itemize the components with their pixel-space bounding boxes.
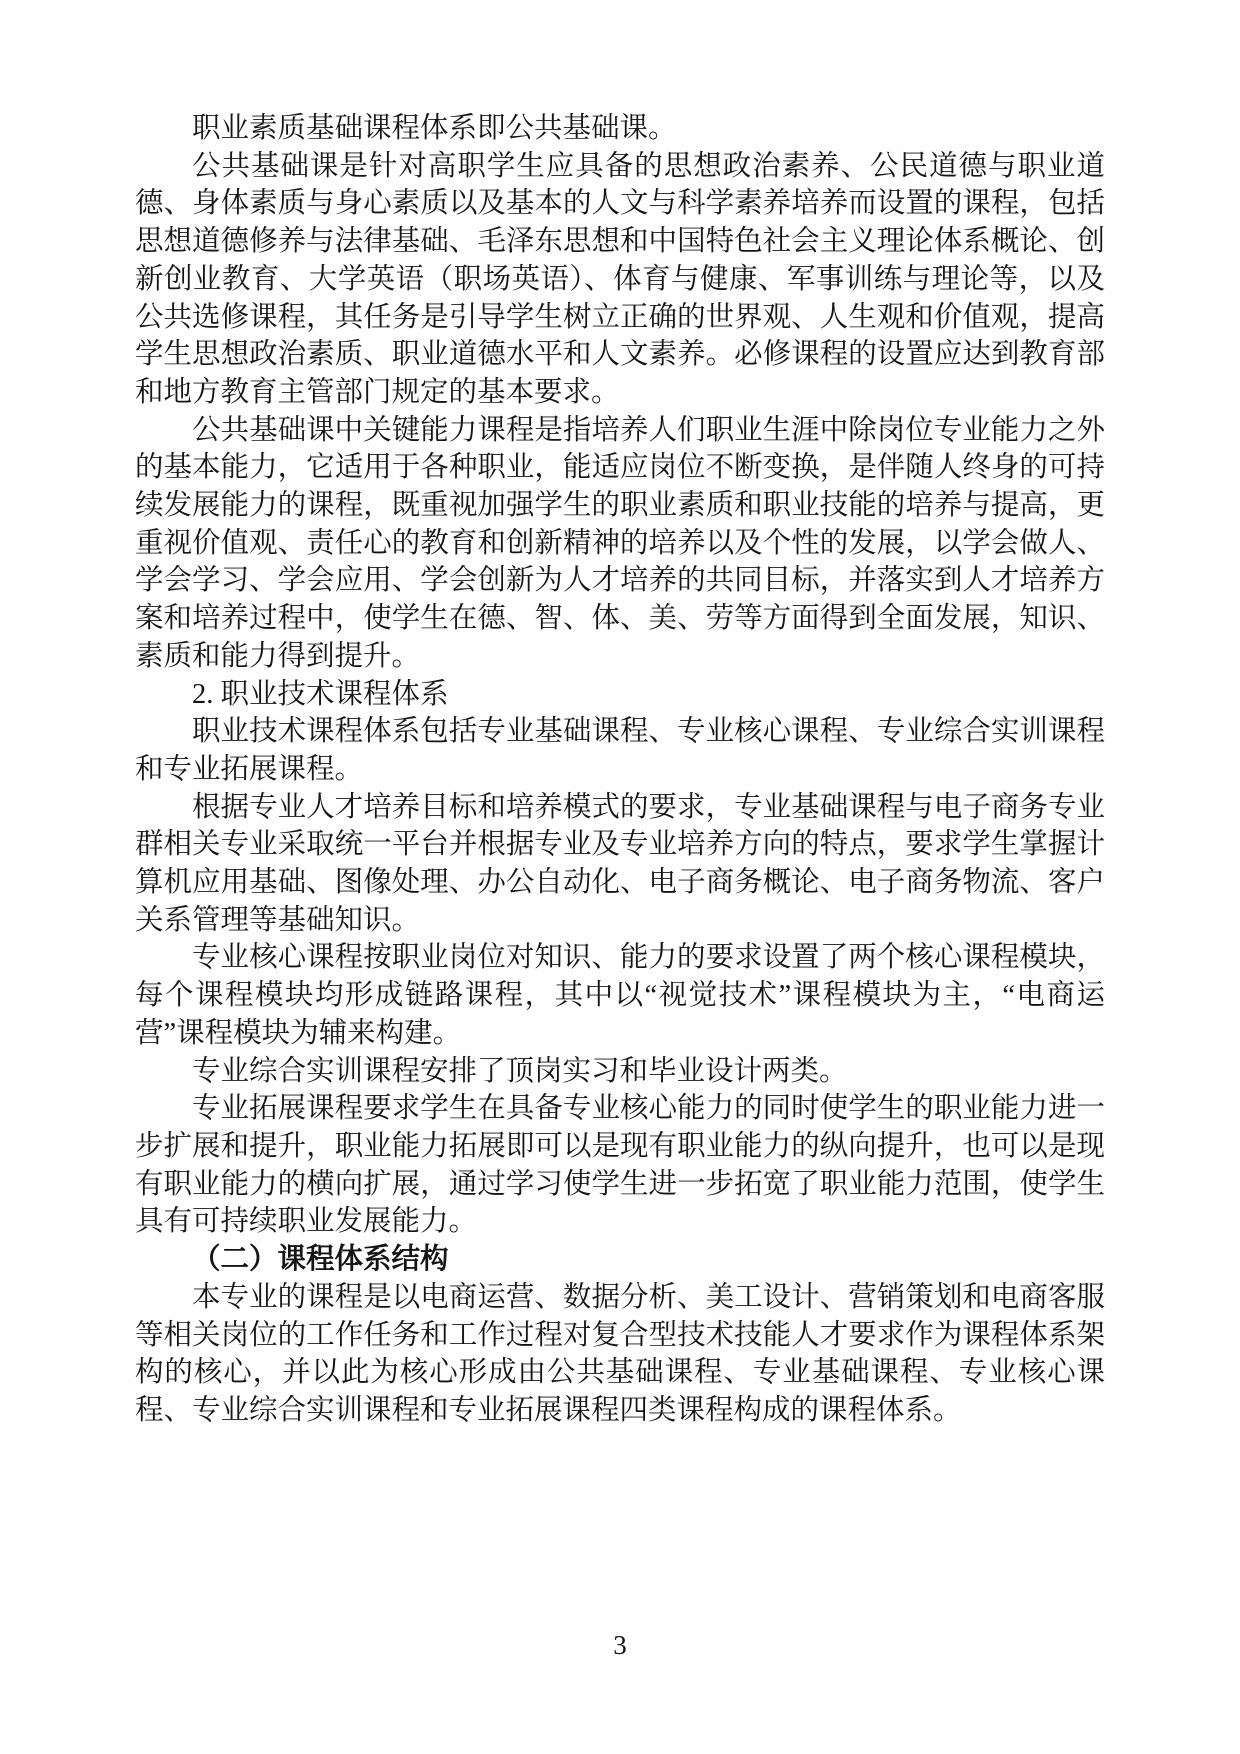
page-number: 3 — [0, 1628, 1240, 1662]
paragraph: 职业技术课程体系包括专业基础课程、专业核心课程、专业综合实训课程和专业拓展课程。 — [135, 713, 1105, 788]
paragraph: 职业素质基础课程体系即公共基础课。 — [135, 110, 1105, 148]
paragraph: 2. 职业技术课程体系 — [135, 676, 1105, 714]
paragraph: 根据专业人才培养目标和培养模式的要求，专业基础课程与电子商务专业群相关专业采取统… — [135, 789, 1105, 940]
document-body: 职业素质基础课程体系即公共基础课。公共基础课是针对高职学生应具备的思想政治素养、… — [135, 110, 1105, 1430]
paragraph: 专业综合实训课程安排了顶岗实习和毕业设计两类。 — [135, 1053, 1105, 1091]
paragraph: 公共基础课中关键能力课程是指培养人们职业生涯中除岗位专业能力之外的基本能力，它适… — [135, 412, 1105, 676]
paragraph: 公共基础课是针对高职学生应具备的思想政治素养、公民道德与职业道德、身体素质与身心… — [135, 148, 1105, 412]
section-heading: （二）课程体系结构 — [135, 1241, 1105, 1279]
paragraph: 专业核心课程按职业岗位对知识、能力的要求设置了两个核心课程模块，每个课程模块均形… — [135, 939, 1105, 1052]
document-page: 职业素质基础课程体系即公共基础课。公共基础课是针对高职学生应具备的思想政治素养、… — [0, 0, 1240, 1754]
paragraph: 本专业的课程是以电商运营、数据分析、美工设计、营销策划和电商客服等相关岗位的工作… — [135, 1279, 1105, 1430]
paragraph: 专业拓展课程要求学生在具备专业核心能力的同时使学生的职业能力进一步扩展和提升，职… — [135, 1090, 1105, 1241]
